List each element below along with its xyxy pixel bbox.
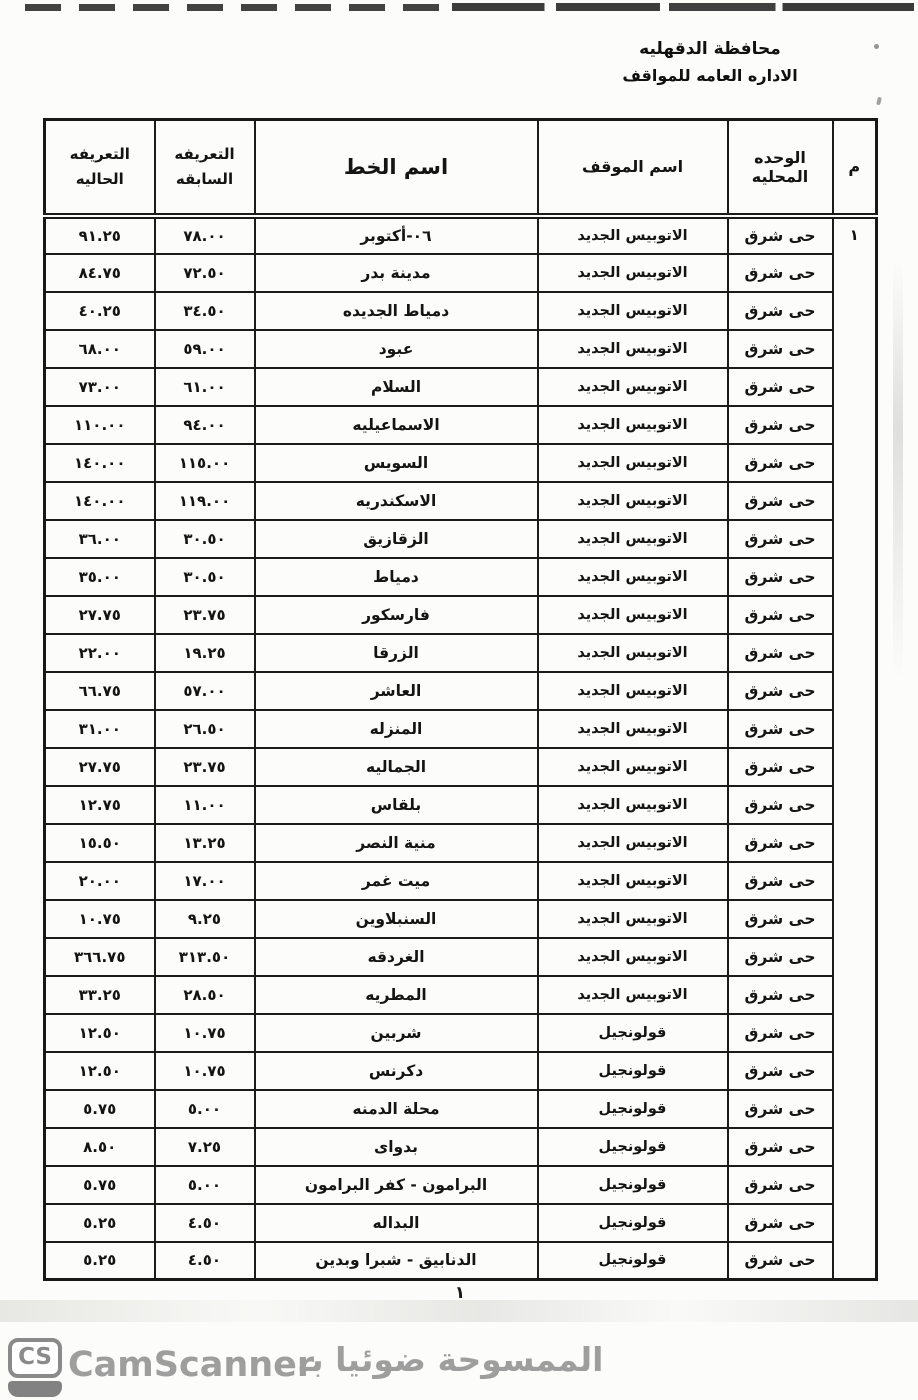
table-header-row: م الوحده المحليه اسم الموقف اسم الخط الت… xyxy=(45,120,877,216)
scanned-document-page: محافظة الدقهليه الاداره العامه للمواقف م… xyxy=(0,0,918,1400)
table-row: حى شرققولونجيلالبرامون - كفر البرامون٥.٠… xyxy=(45,1166,877,1204)
cell-previous-tariff: ٥.٠٠ xyxy=(155,1090,255,1128)
cell-local-unit: حى شرق xyxy=(728,330,833,368)
cell-line-name: محلة الدمنه xyxy=(255,1090,538,1128)
cell-previous-tariff: ١٠.٧٥ xyxy=(155,1052,255,1090)
table-row: حى شرقالاتوبيس الجديددمياط٣٠.٥٠٣٥.٠٠ xyxy=(45,558,877,596)
cell-station-name: قولونجيل xyxy=(538,1242,728,1280)
cell-local-unit: حى شرق xyxy=(728,520,833,558)
cell-station-name: قولونجيل xyxy=(538,1128,728,1166)
cell-local-unit: حى شرق xyxy=(728,558,833,596)
cell-current-tariff: ٢٧.٧٥ xyxy=(45,596,155,634)
page-number: ١ xyxy=(448,1283,472,1303)
table-row: حى شرقالاتوبيس الجديدالغردقه٣١٣.٥٠٣٦٦.٧٥ xyxy=(45,938,877,976)
scan-artifact-smudge xyxy=(876,97,882,106)
dept-title: الاداره العامه للمواقف xyxy=(600,63,820,89)
col-header-current-tariff: التعريفه الحاليه xyxy=(45,120,155,216)
camscanner-brand-text: CamScanner xyxy=(68,1345,314,1385)
scan-artifact-dot xyxy=(874,44,879,49)
cell-local-unit: حى شرق xyxy=(728,444,833,482)
letterhead: محافظة الدقهليه الاداره العامه للمواقف xyxy=(600,36,820,89)
cell-local-unit: حى شرق xyxy=(728,292,833,330)
cell-local-unit: حى شرق xyxy=(728,938,833,976)
cell-current-tariff: ٥.٧٥ xyxy=(45,1090,155,1128)
cell-current-tariff: ٢٢.٠٠ xyxy=(45,634,155,672)
camscanner-arabic-label: الممسوحة ضوئيا بـ xyxy=(300,1340,604,1379)
cell-previous-tariff: ٩.٢٥ xyxy=(155,900,255,938)
cell-previous-tariff: ٧٨.٠٠ xyxy=(155,216,255,254)
table-row: حى شرقالاتوبيس الجديدبلقاس١١.٠٠١٢.٧٥ xyxy=(45,786,877,824)
cell-current-tariff: ٢٧.٧٥ xyxy=(45,748,155,786)
cell-previous-tariff: ٣١٣.٥٠ xyxy=(155,938,255,976)
col-header-line-name: اسم الخط xyxy=(255,120,538,216)
org-title: محافظة الدقهليه xyxy=(600,36,820,63)
cell-current-tariff: ٥.٧٥ xyxy=(45,1166,155,1204)
tariff-table: م الوحده المحليه اسم الموقف اسم الخط الت… xyxy=(43,118,878,1281)
camscanner-logo-base xyxy=(8,1381,62,1397)
cell-station-name: الاتوبيس الجديد xyxy=(538,748,728,786)
cell-local-unit: حى شرق xyxy=(728,748,833,786)
cell-previous-tariff: ٣٤.٥٠ xyxy=(155,292,255,330)
cell-previous-tariff: ٥٧.٠٠ xyxy=(155,672,255,710)
cell-local-unit: حى شرق xyxy=(728,976,833,1014)
cell-line-name: البرامون - كفر البرامون xyxy=(255,1166,538,1204)
cell-station-name: الاتوبيس الجديد xyxy=(538,672,728,710)
cell-current-tariff: ٨.٥٠ xyxy=(45,1128,155,1166)
cell-current-tariff: ٣٣.٢٥ xyxy=(45,976,155,1014)
table-row: حى شرقالاتوبيس الجديدالجماليه٢٣.٧٥٢٧.٧٥ xyxy=(45,748,877,786)
table-row: حى شرقالاتوبيس الجديدمنية النصر١٣.٢٥١٥.٥… xyxy=(45,824,877,862)
cell-line-name: المنزله xyxy=(255,710,538,748)
cell-station-name: الاتوبيس الجديد xyxy=(538,292,728,330)
table-row: حى شرقالاتوبيس الجديدالمنزله٢٦.٥٠٣١.٠٠ xyxy=(45,710,877,748)
cell-station-name: الاتوبيس الجديد xyxy=(538,786,728,824)
cell-current-tariff: ٧٣.٠٠ xyxy=(45,368,155,406)
cell-previous-tariff: ٤.٥٠ xyxy=(155,1204,255,1242)
tariff-table-body: ١حى شرقالاتوبيس الجديد٠٦-أكتوبر٧٨.٠٠٩١.٢… xyxy=(45,216,877,1280)
cell-line-name: الزقازيق xyxy=(255,520,538,558)
cell-station-name: الاتوبيس الجديد xyxy=(538,976,728,1014)
cell-line-name: دمياط الجديده xyxy=(255,292,538,330)
cell-current-tariff: ٦٦.٧٥ xyxy=(45,672,155,710)
cell-local-unit: حى شرق xyxy=(728,672,833,710)
scan-artifact-streak xyxy=(893,260,903,680)
table-row: حى شرقالاتوبيس الجديدالسلام٦١.٠٠٧٣.٠٠ xyxy=(45,368,877,406)
cell-previous-tariff: ١١.٠٠ xyxy=(155,786,255,824)
cell-station-name: الاتوبيس الجديد xyxy=(538,824,728,862)
cell-previous-tariff: ٣٠.٥٠ xyxy=(155,558,255,596)
cell-local-unit: حى شرق xyxy=(728,1052,833,1090)
cell-station-name: الاتوبيس الجديد xyxy=(538,558,728,596)
cell-line-name: بدواى xyxy=(255,1128,538,1166)
cell-current-tariff: ١٤٠.٠٠ xyxy=(45,444,155,482)
cell-current-tariff: ٥.٢٥ xyxy=(45,1242,155,1280)
table-row: حى شرققولونجيلالبداله٤.٥٠٥.٢٥ xyxy=(45,1204,877,1242)
cell-local-unit: حى شرق xyxy=(728,406,833,444)
scan-artifact-top-dashes xyxy=(25,4,450,11)
cell-local-unit: حى شرق xyxy=(728,1128,833,1166)
table-row: حى شرقالاتوبيس الجديدالمطريه٢٨.٥٠٣٣.٢٥ xyxy=(45,976,877,1014)
cell-current-tariff: ٥.٢٥ xyxy=(45,1204,155,1242)
col-header-serial: م xyxy=(833,120,877,216)
cell-current-tariff: ١٠.٧٥ xyxy=(45,900,155,938)
table-row: حى شرقالاتوبيس الجديدالسنبلاوين٩.٢٥١٠.٧٥ xyxy=(45,900,877,938)
cell-line-name: الدنابيق - شبرا وبدين xyxy=(255,1242,538,1280)
cell-local-unit: حى شرق xyxy=(728,1014,833,1052)
cell-station-name: قولونجيل xyxy=(538,1204,728,1242)
cell-previous-tariff: ٥٩.٠٠ xyxy=(155,330,255,368)
cell-previous-tariff: ٤.٥٠ xyxy=(155,1242,255,1280)
camscanner-logo-cs: CS xyxy=(8,1338,62,1378)
cell-current-tariff: ٨٤.٧٥ xyxy=(45,254,155,292)
table-row: حى شرقالاتوبيس الجديدالسويس١١٥.٠٠١٤٠.٠٠ xyxy=(45,444,877,482)
table-row: حى شرقالاتوبيس الجديدعبود٥٩.٠٠٦٨.٠٠ xyxy=(45,330,877,368)
cell-serial: ١ xyxy=(833,216,877,1280)
cell-station-name: الاتوبيس الجديد xyxy=(538,862,728,900)
table-row: حى شرققولونجيلشربين١٠.٧٥١٢.٥٠ xyxy=(45,1014,877,1052)
cell-station-name: الاتوبيس الجديد xyxy=(538,634,728,672)
scan-artifact-band xyxy=(0,1300,918,1322)
cell-previous-tariff: ١٩.٢٥ xyxy=(155,634,255,672)
cell-previous-tariff: ١١٥.٠٠ xyxy=(155,444,255,482)
cell-current-tariff: ١٤٠.٠٠ xyxy=(45,482,155,520)
cell-station-name: الاتوبيس الجديد xyxy=(538,444,728,482)
camscanner-logo: CS xyxy=(8,1338,62,1400)
cell-local-unit: حى شرق xyxy=(728,1204,833,1242)
cell-local-unit: حى شرق xyxy=(728,786,833,824)
cell-local-unit: حى شرق xyxy=(728,368,833,406)
cell-station-name: الاتوبيس الجديد xyxy=(538,406,728,444)
cell-line-name: الاسماعيليه xyxy=(255,406,538,444)
cell-line-name: فارسكور xyxy=(255,596,538,634)
cell-previous-tariff: ١٣.٢٥ xyxy=(155,824,255,862)
scan-artifact-top-bar xyxy=(452,3,914,11)
table-row: حى شرققولونجيلدكرنس١٠.٧٥١٢.٥٠ xyxy=(45,1052,877,1090)
cell-station-name: قولونجيل xyxy=(538,1052,728,1090)
table-row: حى شرققولونجيلمحلة الدمنه٥.٠٠٥.٧٥ xyxy=(45,1090,877,1128)
cell-station-name: الاتوبيس الجديد xyxy=(538,710,728,748)
col-header-station-name: اسم الموقف xyxy=(538,120,728,216)
table-row: حى شرقالاتوبيس الجديدالعاشر٥٧.٠٠٦٦.٧٥ xyxy=(45,672,877,710)
table-row: ١حى شرقالاتوبيس الجديد٠٦-أكتوبر٧٨.٠٠٩١.٢… xyxy=(45,216,877,254)
cell-local-unit: حى شرق xyxy=(728,216,833,254)
cell-line-name: المطريه xyxy=(255,976,538,1014)
cell-current-tariff: ١١٠.٠٠ xyxy=(45,406,155,444)
cell-line-name: دكرنس xyxy=(255,1052,538,1090)
cell-previous-tariff: ١٧.٠٠ xyxy=(155,862,255,900)
cell-previous-tariff: ٢٨.٥٠ xyxy=(155,976,255,1014)
cell-previous-tariff: ٢٣.٧٥ xyxy=(155,748,255,786)
cell-previous-tariff: ١٠.٧٥ xyxy=(155,1014,255,1052)
table-row: حى شرقالاتوبيس الجديدالاسكندريه١١٩.٠٠١٤٠… xyxy=(45,482,877,520)
cell-local-unit: حى شرق xyxy=(728,634,833,672)
col-header-local-unit: الوحده المحليه xyxy=(728,120,833,216)
col-header-previous-tariff: التعريفه السابقه xyxy=(155,120,255,216)
cell-line-name: ٠٦-أكتوبر xyxy=(255,216,538,254)
table-row: حى شرقالاتوبيس الجديدفارسكور٢٣.٧٥٢٧.٧٥ xyxy=(45,596,877,634)
cell-previous-tariff: ٦١.٠٠ xyxy=(155,368,255,406)
cell-previous-tariff: ٥.٠٠ xyxy=(155,1166,255,1204)
cell-current-tariff: ١٢.٧٥ xyxy=(45,786,155,824)
cell-line-name: مدينة بدر xyxy=(255,254,538,292)
cell-line-name: العاشر xyxy=(255,672,538,710)
cell-station-name: الاتوبيس الجديد xyxy=(538,900,728,938)
cell-current-tariff: ٢٠.٠٠ xyxy=(45,862,155,900)
cell-station-name: قولونجيل xyxy=(538,1090,728,1128)
cell-line-name: الجماليه xyxy=(255,748,538,786)
cell-line-name: الزرقا xyxy=(255,634,538,672)
table-row: حى شرقالاتوبيس الجديدالاسماعيليه٩٤.٠٠١١٠… xyxy=(45,406,877,444)
cell-station-name: قولونجيل xyxy=(538,1014,728,1052)
cell-station-name: الاتوبيس الجديد xyxy=(538,520,728,558)
cell-local-unit: حى شرق xyxy=(728,862,833,900)
cell-line-name: الغردقه xyxy=(255,938,538,976)
cell-station-name: قولونجيل xyxy=(538,1166,728,1204)
cell-line-name: الاسكندريه xyxy=(255,482,538,520)
table-row: حى شرقالاتوبيس الجديدمدينة بدر٧٢.٥٠٨٤.٧٥ xyxy=(45,254,877,292)
cell-local-unit: حى شرق xyxy=(728,710,833,748)
cell-current-tariff: ٩١.٢٥ xyxy=(45,216,155,254)
table-row: حى شرققولونجيلالدنابيق - شبرا وبدين٤.٥٠٥… xyxy=(45,1242,877,1280)
table-row: حى شرقالاتوبيس الجديدميت غمر١٧.٠٠٢٠.٠٠ xyxy=(45,862,877,900)
cell-current-tariff: ١٢.٥٠ xyxy=(45,1052,155,1090)
cell-current-tariff: ١٥.٥٠ xyxy=(45,824,155,862)
cell-station-name: الاتوبيس الجديد xyxy=(538,482,728,520)
cell-local-unit: حى شرق xyxy=(728,824,833,862)
cell-line-name: السلام xyxy=(255,368,538,406)
cell-previous-tariff: ٧.٢٥ xyxy=(155,1128,255,1166)
cell-line-name: بلقاس xyxy=(255,786,538,824)
cell-previous-tariff: ٢٣.٧٥ xyxy=(155,596,255,634)
cell-previous-tariff: ٩٤.٠٠ xyxy=(155,406,255,444)
cell-local-unit: حى شرق xyxy=(728,1166,833,1204)
table-row: حى شرقالاتوبيس الجديدالزرقا١٩.٢٥٢٢.٠٠ xyxy=(45,634,877,672)
cell-station-name: الاتوبيس الجديد xyxy=(538,596,728,634)
table-row: حى شرقالاتوبيس الجديددمياط الجديده٣٤.٥٠٤… xyxy=(45,292,877,330)
cell-local-unit: حى شرق xyxy=(728,1090,833,1128)
cell-line-name: السنبلاوين xyxy=(255,900,538,938)
cell-station-name: الاتوبيس الجديد xyxy=(538,330,728,368)
cell-previous-tariff: ٧٢.٥٠ xyxy=(155,254,255,292)
cell-current-tariff: ٣١.٠٠ xyxy=(45,710,155,748)
cell-current-tariff: ٦٨.٠٠ xyxy=(45,330,155,368)
cell-line-name: البداله xyxy=(255,1204,538,1242)
cell-station-name: الاتوبيس الجديد xyxy=(538,368,728,406)
cell-local-unit: حى شرق xyxy=(728,596,833,634)
cell-line-name: منية النصر xyxy=(255,824,538,862)
cell-local-unit: حى شرق xyxy=(728,900,833,938)
cell-line-name: شربين xyxy=(255,1014,538,1052)
cell-station-name: الاتوبيس الجديد xyxy=(538,254,728,292)
cell-line-name: السويس xyxy=(255,444,538,482)
table-row: حى شرقالاتوبيس الجديدالزقازيق٣٠.٥٠٣٦.٠٠ xyxy=(45,520,877,558)
table-row: حى شرققولونجيلبدواى٧.٢٥٨.٥٠ xyxy=(45,1128,877,1166)
cell-local-unit: حى شرق xyxy=(728,1242,833,1280)
cell-line-name: عبود xyxy=(255,330,538,368)
cell-line-name: دمياط xyxy=(255,558,538,596)
cell-current-tariff: ٣٥.٠٠ xyxy=(45,558,155,596)
cell-previous-tariff: ١١٩.٠٠ xyxy=(155,482,255,520)
cell-line-name: ميت غمر xyxy=(255,862,538,900)
cell-previous-tariff: ٣٠.٥٠ xyxy=(155,520,255,558)
cell-current-tariff: ٣٦٦.٧٥ xyxy=(45,938,155,976)
cell-current-tariff: ١٢.٥٠ xyxy=(45,1014,155,1052)
cell-previous-tariff: ٢٦.٥٠ xyxy=(155,710,255,748)
cell-current-tariff: ٣٦.٠٠ xyxy=(45,520,155,558)
cell-current-tariff: ٤٠.٢٥ xyxy=(45,292,155,330)
cell-local-unit: حى شرق xyxy=(728,482,833,520)
cell-local-unit: حى شرق xyxy=(728,254,833,292)
cell-station-name: الاتوبيس الجديد xyxy=(538,938,728,976)
cell-station-name: الاتوبيس الجديد xyxy=(538,216,728,254)
